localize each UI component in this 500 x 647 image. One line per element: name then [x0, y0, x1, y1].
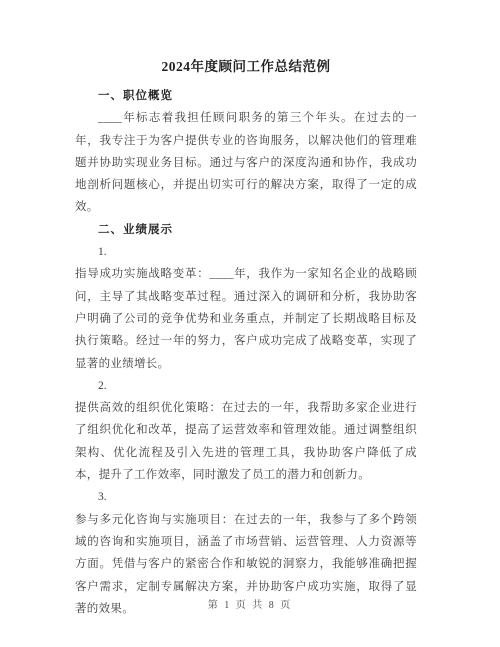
item-number-1: 1.: [75, 241, 417, 263]
item-number-2: 2.: [75, 375, 417, 397]
section-heading-performance: 二、业绩展示: [75, 219, 417, 241]
page-number-footer: 第 1 页 共 8 页: [0, 599, 500, 613]
item-text-1: 指导成功实施战略变革：____年，我作为一家知名企业的战略顾问，主导了其战略变革…: [75, 263, 417, 374]
document-content: 2024年度顾问工作总结范例 一、职位概览 ____年标志着我担任顾问职务的第三…: [75, 56, 417, 620]
document-page: 2024年度顾问工作总结范例 一、职位概览 ____年标志着我担任顾问职务的第三…: [0, 0, 500, 647]
item-text-2: 提供高效的组织优化策略：在过去的一年，我帮助多家企业进行了组织优化和改革，提高了…: [75, 397, 417, 486]
section-heading-position-overview: 一、职位概览: [75, 85, 417, 107]
item-number-3: 3.: [75, 486, 417, 508]
document-title: 2024年度顾问工作总结范例: [75, 56, 417, 78]
position-overview-paragraph: ____年标志着我担任顾问职务的第三个年头。在过去的一年，我专注于为客户提供专业…: [75, 107, 417, 218]
